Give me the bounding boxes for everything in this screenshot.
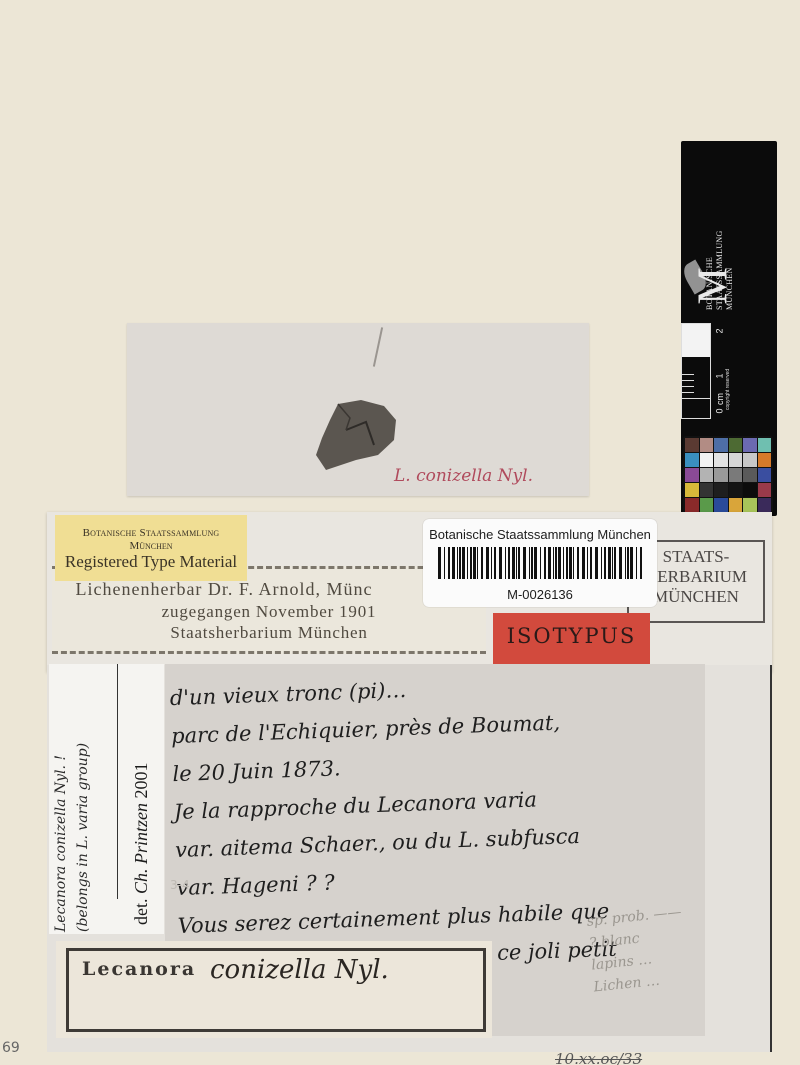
determination-handwritten: Lecanora conizella Nyl. ! (belongs in L.… — [50, 670, 120, 932]
herbarium-label-line2: zugegangen November 1901 — [52, 602, 486, 622]
color-swatch — [758, 498, 772, 512]
det-name: Ch. Printzen — [131, 803, 151, 894]
color-swatch — [729, 468, 743, 482]
color-swatch — [685, 438, 699, 452]
color-swatch — [700, 438, 714, 452]
color-swatch — [685, 453, 699, 467]
color-calibration-chart — [683, 436, 773, 514]
ruler-label-2: 2 — [715, 328, 725, 333]
color-swatch — [714, 468, 728, 482]
barcode-id: M-0026136 — [423, 587, 657, 602]
ruler-tick — [682, 374, 694, 375]
herbarium-label-line1: Lichenenherbar Dr. F. Arnold, Münc — [52, 579, 396, 600]
color-swatch — [685, 483, 699, 497]
color-swatch — [714, 483, 728, 497]
institution-line-3: MÜNCHEN — [725, 190, 735, 310]
color-swatch — [743, 438, 757, 452]
ruler-unit: cm — [715, 393, 725, 405]
pencil-annotation: sp. prob. —— ? blanc lapins … Lichen … — [586, 899, 705, 998]
copyright-notice: copyright reserved — [725, 330, 735, 410]
color-swatch — [743, 453, 757, 467]
institution-line-2: STAATSSAMMLUNG — [715, 190, 725, 310]
color-swatch — [729, 453, 743, 467]
color-swatch — [729, 498, 743, 512]
det-hand-line2: (belongs in L. varia group) — [72, 670, 94, 932]
ruler-tick — [682, 386, 694, 387]
registered-label-line1: Botanische Staatssammlung — [55, 527, 247, 539]
color-swatch — [758, 468, 772, 482]
lichen-specimen — [316, 400, 404, 470]
registered-type-label: Botanische Staatssammlung München Regist… — [55, 515, 247, 581]
ruler-tick — [682, 392, 694, 393]
ruler-label-0: 0 — [715, 408, 725, 413]
packet-handwritten-label: L. conizella Nyl. — [394, 466, 533, 486]
sheet-number: 69 — [2, 1040, 20, 1056]
species-genus: Lecanora — [82, 958, 196, 980]
color-swatch — [729, 438, 743, 452]
barcode-title: Botanische Staatssammlung München — [423, 527, 657, 542]
color-swatch — [700, 498, 714, 512]
pencil-margin-note: 3-4 — [170, 878, 190, 892]
color-swatch — [685, 498, 699, 512]
det-prefix: det. — [131, 899, 151, 926]
color-swatch — [700, 468, 714, 482]
color-swatch — [729, 483, 743, 497]
ruler-label-1: 1 — [715, 373, 725, 378]
color-swatch — [758, 438, 772, 452]
det-year: 2001 — [131, 762, 151, 798]
color-swatch — [685, 468, 699, 482]
color-swatch — [714, 438, 728, 452]
color-swatch — [758, 453, 772, 467]
det-hand-line1: Lecanora conizella Nyl. ! — [50, 670, 72, 932]
ruler-tick — [682, 380, 694, 381]
herbarium-label-line3: Staatsherbarium München — [52, 623, 486, 643]
color-swatch — [758, 483, 772, 497]
institution-line-1: BOTANISCHE — [705, 190, 715, 310]
cm-ruler — [681, 323, 711, 419]
species-epithet: conizella Nyl. — [210, 955, 389, 985]
color-swatch — [700, 483, 714, 497]
color-swatch — [714, 498, 728, 512]
isotypus-label: ISOTYPUS — [493, 613, 650, 669]
color-swatch — [743, 468, 757, 482]
registered-label-line3: Registered Type Material — [55, 552, 247, 572]
determiner: det. Ch. Printzen 2001 — [123, 680, 163, 925]
barcode-icon — [438, 547, 643, 579]
institution-name-vertical: BOTANISCHE STAATSSAMMLUNG MÜNCHEN — [705, 190, 745, 310]
bottom-reference-number: 10.xx.oc/33 — [555, 1050, 642, 1065]
color-swatch — [743, 498, 757, 512]
registered-label-line2: München — [55, 540, 247, 552]
color-swatch — [743, 483, 757, 497]
color-swatch — [714, 453, 728, 467]
barcode-label: Botanische Staatssammlung München M-0026… — [423, 519, 657, 607]
ruler-tick — [682, 398, 710, 399]
color-swatch — [700, 453, 714, 467]
